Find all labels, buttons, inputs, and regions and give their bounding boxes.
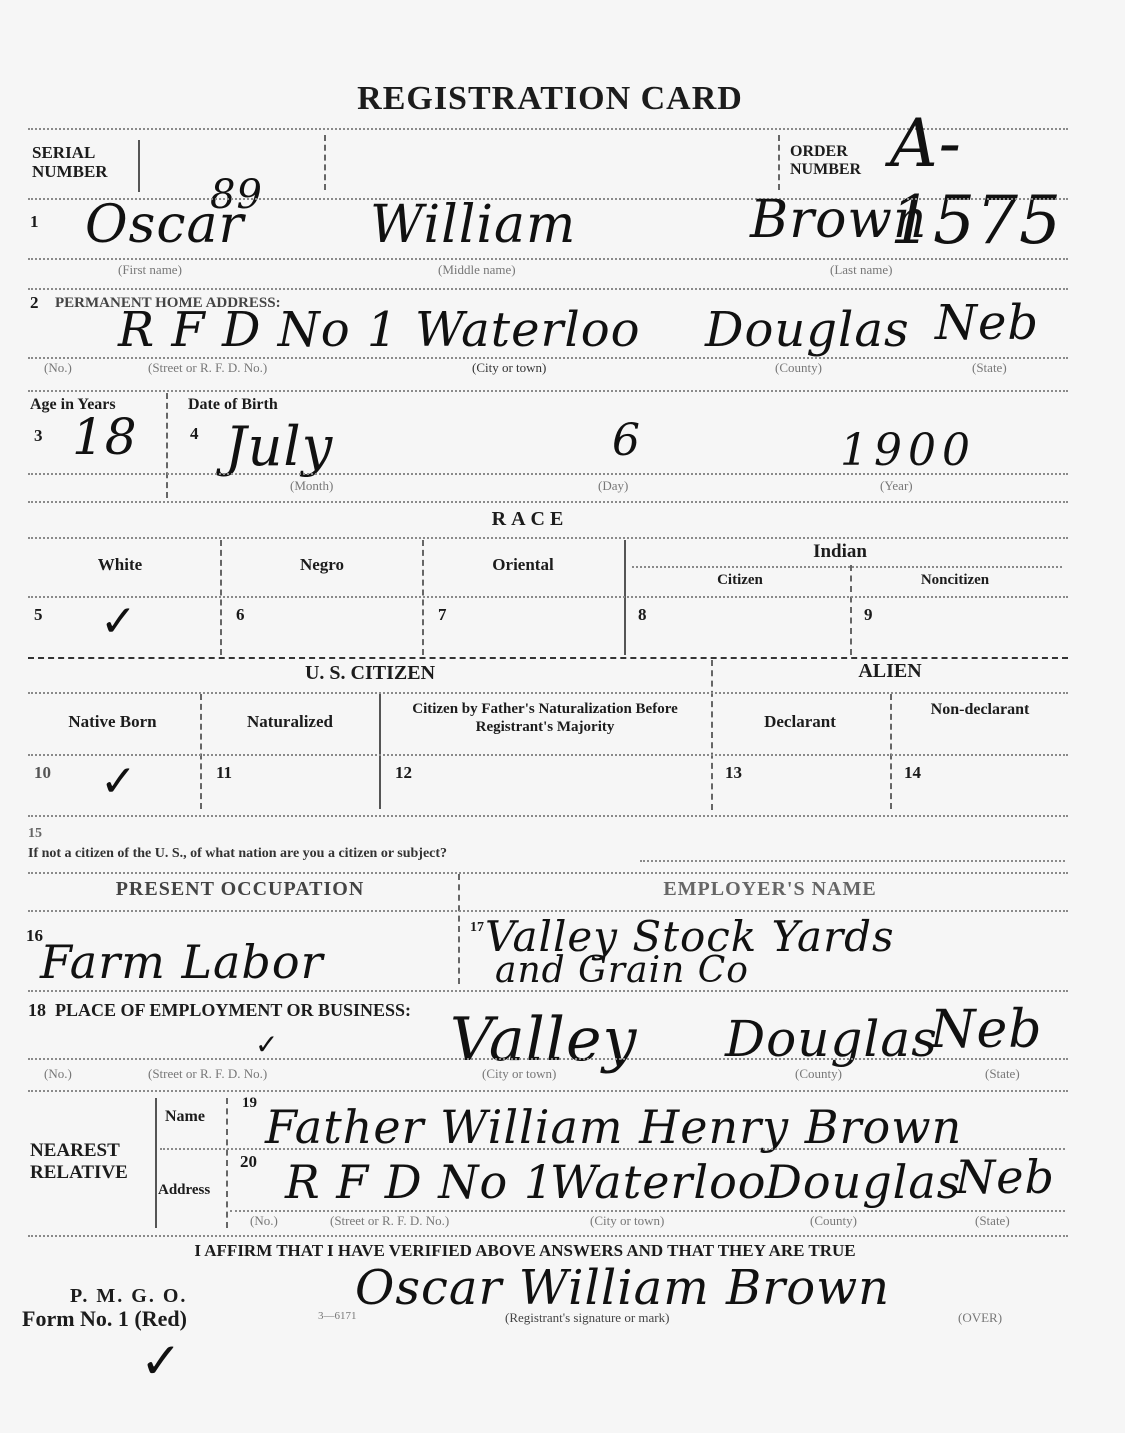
serial-label-1: SERIAL: [32, 143, 108, 162]
relative-address-label: Address: [158, 1182, 210, 1199]
race-col-indian-citizen: Citizen: [680, 572, 800, 589]
first-name: Oscar: [85, 195, 244, 255]
caption-state: (State): [972, 360, 1007, 376]
print-code: 3—6171: [318, 1310, 357, 1322]
order-label-2: NUMBER: [790, 161, 861, 179]
order-label: ORDER NUMBER: [790, 143, 861, 179]
home-state: Neb: [935, 295, 1039, 351]
race-col-white: White: [60, 555, 180, 575]
rel-caption-state: (State): [975, 1213, 1010, 1229]
place-of-employment-label: 18 PLACE OF EMPLOYMENT OR BUSINESS:: [28, 1000, 411, 1021]
age-value: 18: [72, 408, 138, 466]
relative-name-value: Father William Henry Brown: [265, 1100, 962, 1154]
card-title: REGISTRATION CARD: [300, 80, 800, 118]
place-caption-state: (State): [985, 1066, 1020, 1082]
field-11-number: 11: [216, 763, 232, 783]
caption-county: (County): [775, 360, 822, 376]
field-5-number: 5: [34, 605, 43, 625]
caption-month: (Month): [290, 478, 333, 494]
relative-name-label: Name: [165, 1108, 205, 1126]
race-col-negro: Negro: [262, 555, 382, 575]
rel-caption-city: (City or town): [590, 1213, 664, 1229]
relative-state: Neb: [955, 1150, 1055, 1204]
place-caption-street: (Street or R. F. D. No.): [148, 1066, 267, 1082]
caption-first-name: (First name): [118, 262, 182, 278]
caption-no: (No.): [44, 360, 72, 376]
occupation-value: Farm Labor: [40, 935, 324, 989]
field-14-number: 14: [904, 763, 921, 783]
field-3-number: 3: [34, 426, 43, 446]
employer-heading: EMPLOYER'S NAME: [600, 878, 940, 901]
place-street-check: ✓: [255, 1028, 278, 1061]
serial-label: SERIAL NUMBER: [32, 143, 108, 181]
serial-label-2: NUMBER: [32, 162, 108, 181]
place-label-text: PLACE OF EMPLOYMENT OR BUSINESS:: [55, 1000, 411, 1020]
race-white-check: ✓: [100, 596, 137, 647]
field-10-number: 10: [34, 763, 51, 783]
home-city: Waterloo: [415, 302, 641, 358]
form-number: Form No. 1 (Red): [22, 1306, 187, 1332]
dob-month: July: [225, 415, 333, 478]
nearest-label-1: NEAREST: [30, 1140, 128, 1162]
dob-label: Date of Birth: [188, 396, 278, 414]
alien-col-declarant: Declarant: [725, 712, 875, 732]
relative-street: R F D No 1: [285, 1155, 554, 1209]
field-4-number: 4: [190, 424, 199, 444]
order-label-1: ORDER: [790, 143, 861, 161]
field-6-number: 6: [236, 605, 245, 625]
field-15-number: 15: [28, 826, 42, 842]
dob-year: 1900: [840, 425, 976, 476]
caption-day: (Day): [598, 478, 628, 494]
field-13-number: 13: [725, 763, 742, 783]
field-12-number: 12: [395, 763, 412, 783]
cit-col-naturalized: Naturalized: [215, 712, 365, 732]
native-born-check: ✓: [100, 756, 137, 807]
relative-city: Waterloo: [550, 1155, 767, 1209]
alien-col-nondeclarant: Non-declarant: [920, 700, 1040, 719]
race-col-indian-noncitizen: Noncitizen: [890, 572, 1020, 589]
place-caption-county: (County): [795, 1066, 842, 1082]
home-street: R F D No 1: [118, 302, 398, 358]
field-18-number: 18: [28, 1000, 46, 1020]
rel-caption-no: (No.): [250, 1213, 278, 1229]
caption-year: (Year): [880, 478, 913, 494]
place-caption-city: (City or town): [482, 1066, 556, 1082]
place-state: Neb: [930, 1000, 1043, 1060]
occupation-heading: PRESENT OCCUPATION: [60, 878, 420, 901]
nearest-label-2: RELATIVE: [30, 1162, 128, 1184]
race-indian-heading: Indian: [780, 541, 900, 563]
signature-caption: (Registrant's signature or mark): [505, 1310, 669, 1326]
caption-city: (City or town): [472, 360, 546, 376]
affirmation-text: I AFFIRM THAT I HAVE VERIFIED ABOVE ANSW…: [60, 1241, 990, 1261]
race-col-oriental: Oriental: [463, 555, 583, 575]
home-county: Douglas: [705, 302, 910, 358]
cit-col-fathers-naturalization: Citizen by Father's Naturalization Befor…: [395, 700, 695, 736]
field-9-number: 9: [864, 605, 873, 625]
rel-caption-county: (County): [810, 1213, 857, 1229]
field-7-number: 7: [438, 605, 447, 625]
field-1-number: 1: [30, 212, 39, 232]
nearest-relative-label: NEAREST RELATIVE: [30, 1140, 128, 1184]
place-city: Valley: [450, 1005, 637, 1075]
nation-question: If not a citizen of the U. S., of what n…: [28, 846, 447, 862]
us-citizen-heading: U. S. CITIZEN: [220, 662, 520, 685]
cit-col-native-born: Native Born: [40, 712, 185, 732]
race-heading: RACE: [430, 508, 630, 531]
alien-heading: ALIEN: [800, 660, 980, 683]
footer-check-mark: ✓: [140, 1332, 182, 1390]
caption-last-name: (Last name): [830, 262, 892, 278]
field-8-number: 8: [638, 605, 647, 625]
caption-middle-name: (Middle name): [438, 262, 516, 278]
agency-label: P. M. G. O.: [70, 1285, 187, 1308]
registration-card: REGISTRATION CARD SERIAL NUMBER 89 ORDER…: [0, 0, 1125, 1433]
relative-county: Douglas: [765, 1155, 961, 1209]
employer-line-2: and Grain Co: [495, 950, 749, 991]
over-label: (OVER): [958, 1310, 1002, 1326]
field-2-number: 2: [30, 293, 39, 313]
dob-day: 6: [612, 415, 641, 466]
registrant-signature: Oscar William Brown: [355, 1260, 890, 1316]
field-17-number: 17: [470, 920, 484, 936]
field-20-number: 20: [240, 1152, 257, 1172]
rel-caption-street: (Street or R. F. D. No.): [330, 1213, 449, 1229]
last-name: Brown: [750, 190, 927, 250]
caption-street: (Street or R. F. D. No.): [148, 360, 267, 376]
place-caption-no: (No.): [44, 1066, 72, 1082]
field-19-number: 19: [242, 1095, 257, 1112]
middle-name: William: [370, 195, 576, 255]
